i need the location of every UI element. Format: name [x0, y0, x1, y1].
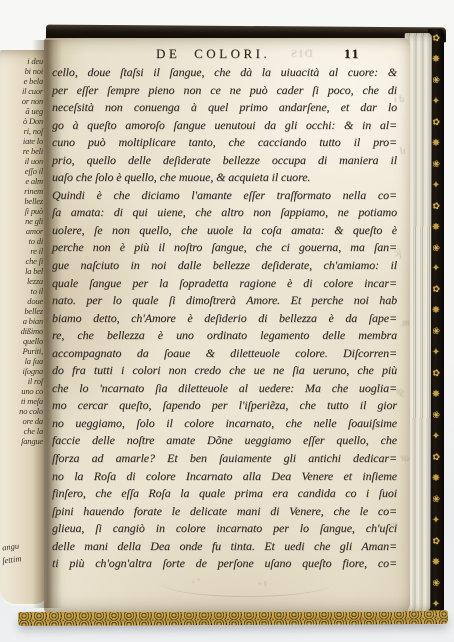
- text-line: do fra tutti i colori non credo che ue n…: [52, 362, 397, 380]
- page-text: cello, doue ſtaſsi il ſangue, che dà la …: [52, 64, 397, 573]
- facing-page-text-fragment: ri, noſ: [0, 126, 46, 136]
- text-line: go à queſto amoroſo ſangue uenutoui da g…: [52, 117, 397, 135]
- photo-background: ✿✸❀✦✿✸❀✦✿✸❀✦✿✸❀✦✿✸❀✦✿✸❀✦✿✸❀✦ i deubi noi…: [0, 0, 454, 642]
- facing-page-text-fragment: or non: [0, 96, 46, 106]
- facing-page-text-fragment: lezza: [0, 276, 46, 286]
- text-line: no ueggiamo, ſolo il colore incarnato, c…: [52, 415, 397, 433]
- running-header: DE COLORI. DIS 11: [44, 44, 410, 64]
- text-line: no la Roſa di colore Incarnato alla Dea …: [52, 468, 397, 486]
- facing-page-text-fragment: bellez: [0, 196, 46, 206]
- show-through-mark: gı: [396, 386, 404, 397]
- text-line: finſero, che eſſa Roſa la quale prima er…: [52, 485, 397, 503]
- facing-page-text-fragment: to il: [0, 286, 46, 296]
- text-line: ſa amata: di qui uiene, che altro non ſa…: [52, 204, 397, 222]
- facing-page-text-fragment: ti meſa: [0, 396, 46, 406]
- facing-page-text-fragment: il uon: [0, 156, 46, 166]
- facing-page-text-fragment: la ſua: [0, 356, 46, 366]
- gold-tooling-ornament-icon: ❀: [428, 578, 444, 590]
- gold-tooling-ornament-icon: ✸: [428, 558, 444, 568]
- facing-page-text-fragment: il roſ: [0, 376, 46, 386]
- facing-page-text-fragment: rinem: [0, 186, 46, 196]
- facing-page-text-fragment: re beli: [0, 146, 46, 156]
- facing-page-text-fragment: ò Don: [0, 116, 46, 126]
- facing-page-text-fragment: bi noi: [0, 66, 46, 76]
- text-line: faccie delle noſtre amate Dõne ueggiamo …: [52, 432, 397, 450]
- facing-page-text-fragment: no colo: [0, 406, 46, 416]
- facing-page-text-fragment: ſangue: [0, 436, 46, 446]
- book-cover-bottom-edge: [18, 610, 448, 626]
- facing-page-text-fragment: a bian: [0, 316, 46, 326]
- header-ghost-showthrough: DIS: [289, 48, 313, 60]
- text-line: ſpini hauendo forate le delicate mani di…: [52, 503, 397, 521]
- text-line: mo cercar queſto, ſapendo per l'iſperiẽz…: [52, 397, 397, 415]
- text-line: biamo detto, ch'Amore è deſiderio di bel…: [52, 310, 397, 328]
- text-line: cuno può moltiplicare tanto, che caccian…: [52, 134, 397, 152]
- show-through-mark: d ı: [394, 94, 404, 105]
- show-through-mark: to: [390, 520, 398, 531]
- facing-page-text-fragment: to di: [0, 236, 46, 246]
- text-line: ſforza ad amarle? Et ben ſauiamente gli …: [52, 450, 397, 468]
- show-through-mark: ſc: [394, 248, 401, 259]
- text-line: gue naſciuto in noi dalle bellezze deſid…: [52, 257, 397, 275]
- text-line: uolere, ſe non quello, che uuole la coſa…: [52, 222, 397, 240]
- text-line: neceſsità non conuenga à quel primo anda…: [52, 99, 397, 117]
- facing-page-text-fragment: la bel: [0, 266, 46, 276]
- text-line: nato. per lo quale ſi dimoſtrerà Amore. …: [52, 292, 397, 310]
- facing-page-text-fragment: iate lo: [0, 136, 46, 146]
- facing-page-text-fragment: re il: [0, 246, 46, 256]
- text-line: delle mani della Dea onde fu tinta. Et u…: [52, 538, 397, 556]
- facing-page-text-fragment: dißimo: [0, 326, 46, 336]
- facing-page-edge: i deubi noie belail cuoror nonã uegò Don…: [0, 50, 46, 604]
- facing-page-text: i deubi noie belail cuoror nonã uegò Don…: [0, 56, 46, 446]
- facing-page-text-fragment: ne gli: [0, 216, 46, 226]
- text-line: che lo 'ncarnato ſia diletteuole al uede…: [52, 380, 397, 398]
- facing-page-curl-text: anguſettim: [0, 539, 46, 565]
- text-line: quale ſangue per la ſopradetta ragione è…: [52, 275, 397, 293]
- page-crease: [162, 570, 332, 597]
- facing-page-text-fragment: bellez: [0, 306, 46, 316]
- facing-page-text-fragment: ore da: [0, 416, 46, 426]
- facing-page-text-fragment: uno co: [0, 386, 46, 396]
- facing-page-text-fragment: il cuor: [0, 86, 46, 96]
- facing-page-text-fragment: che la: [0, 426, 46, 436]
- header-title: DE COLORI.: [156, 46, 270, 62]
- facing-page-text-fragment: amor: [0, 226, 46, 236]
- show-through-mark: ıl: [400, 146, 406, 157]
- facing-page-text-fragment: quello: [0, 336, 46, 346]
- facing-page-text-fragment: che ſi: [0, 256, 46, 266]
- text-line: perche non è più il noſtro ſangue, che c…: [52, 239, 397, 257]
- page-number: 11: [344, 46, 360, 62]
- book-page: DE COLORI. DIS 11 cello, doue ſtaſsi il …: [44, 38, 410, 612]
- facing-page-text-fragment: ã ueg: [0, 106, 46, 116]
- gold-tooling-ornament-icon: ✦: [428, 600, 444, 610]
- facing-page-text-fragment: doue: [0, 296, 46, 306]
- facing-page-text-fragment: eſſo il: [0, 166, 46, 176]
- text-line: uaſo che ſolo è quello, che muoue, & acq…: [52, 169, 397, 187]
- text-line: glieua, ſi cangiò in colore incarnato pe…: [52, 520, 397, 538]
- text-line: cello, doue ſtaſsi il ſangue, che dà la …: [52, 64, 397, 82]
- text-line: re, che bellezza è uno ordinato legament…: [52, 327, 397, 345]
- facing-page-text-fragment: ſi può: [0, 206, 46, 216]
- facing-page-text-fragment: i deu: [0, 56, 46, 66]
- show-through-mark: m.: [400, 318, 410, 329]
- facing-page-text-fragment: e bela: [0, 76, 46, 86]
- facing-page-text-fragment: e alm: [0, 176, 46, 186]
- show-through-mark: ar: [400, 453, 409, 464]
- text-line: accompagnato da ſoaue & diletteuole colo…: [52, 345, 397, 363]
- text-line: per eſſer ſempre pieno non ce ne può cad…: [52, 82, 397, 100]
- facing-page-text-fragment: iſogna: [0, 366, 46, 376]
- text-line: Quindi è che diciamo l'amante eſſer traſ…: [52, 187, 397, 205]
- text-line: prio, quello delle deſiderate bellezze o…: [52, 152, 397, 170]
- facing-page-text-fragment: Puriti,: [0, 346, 46, 356]
